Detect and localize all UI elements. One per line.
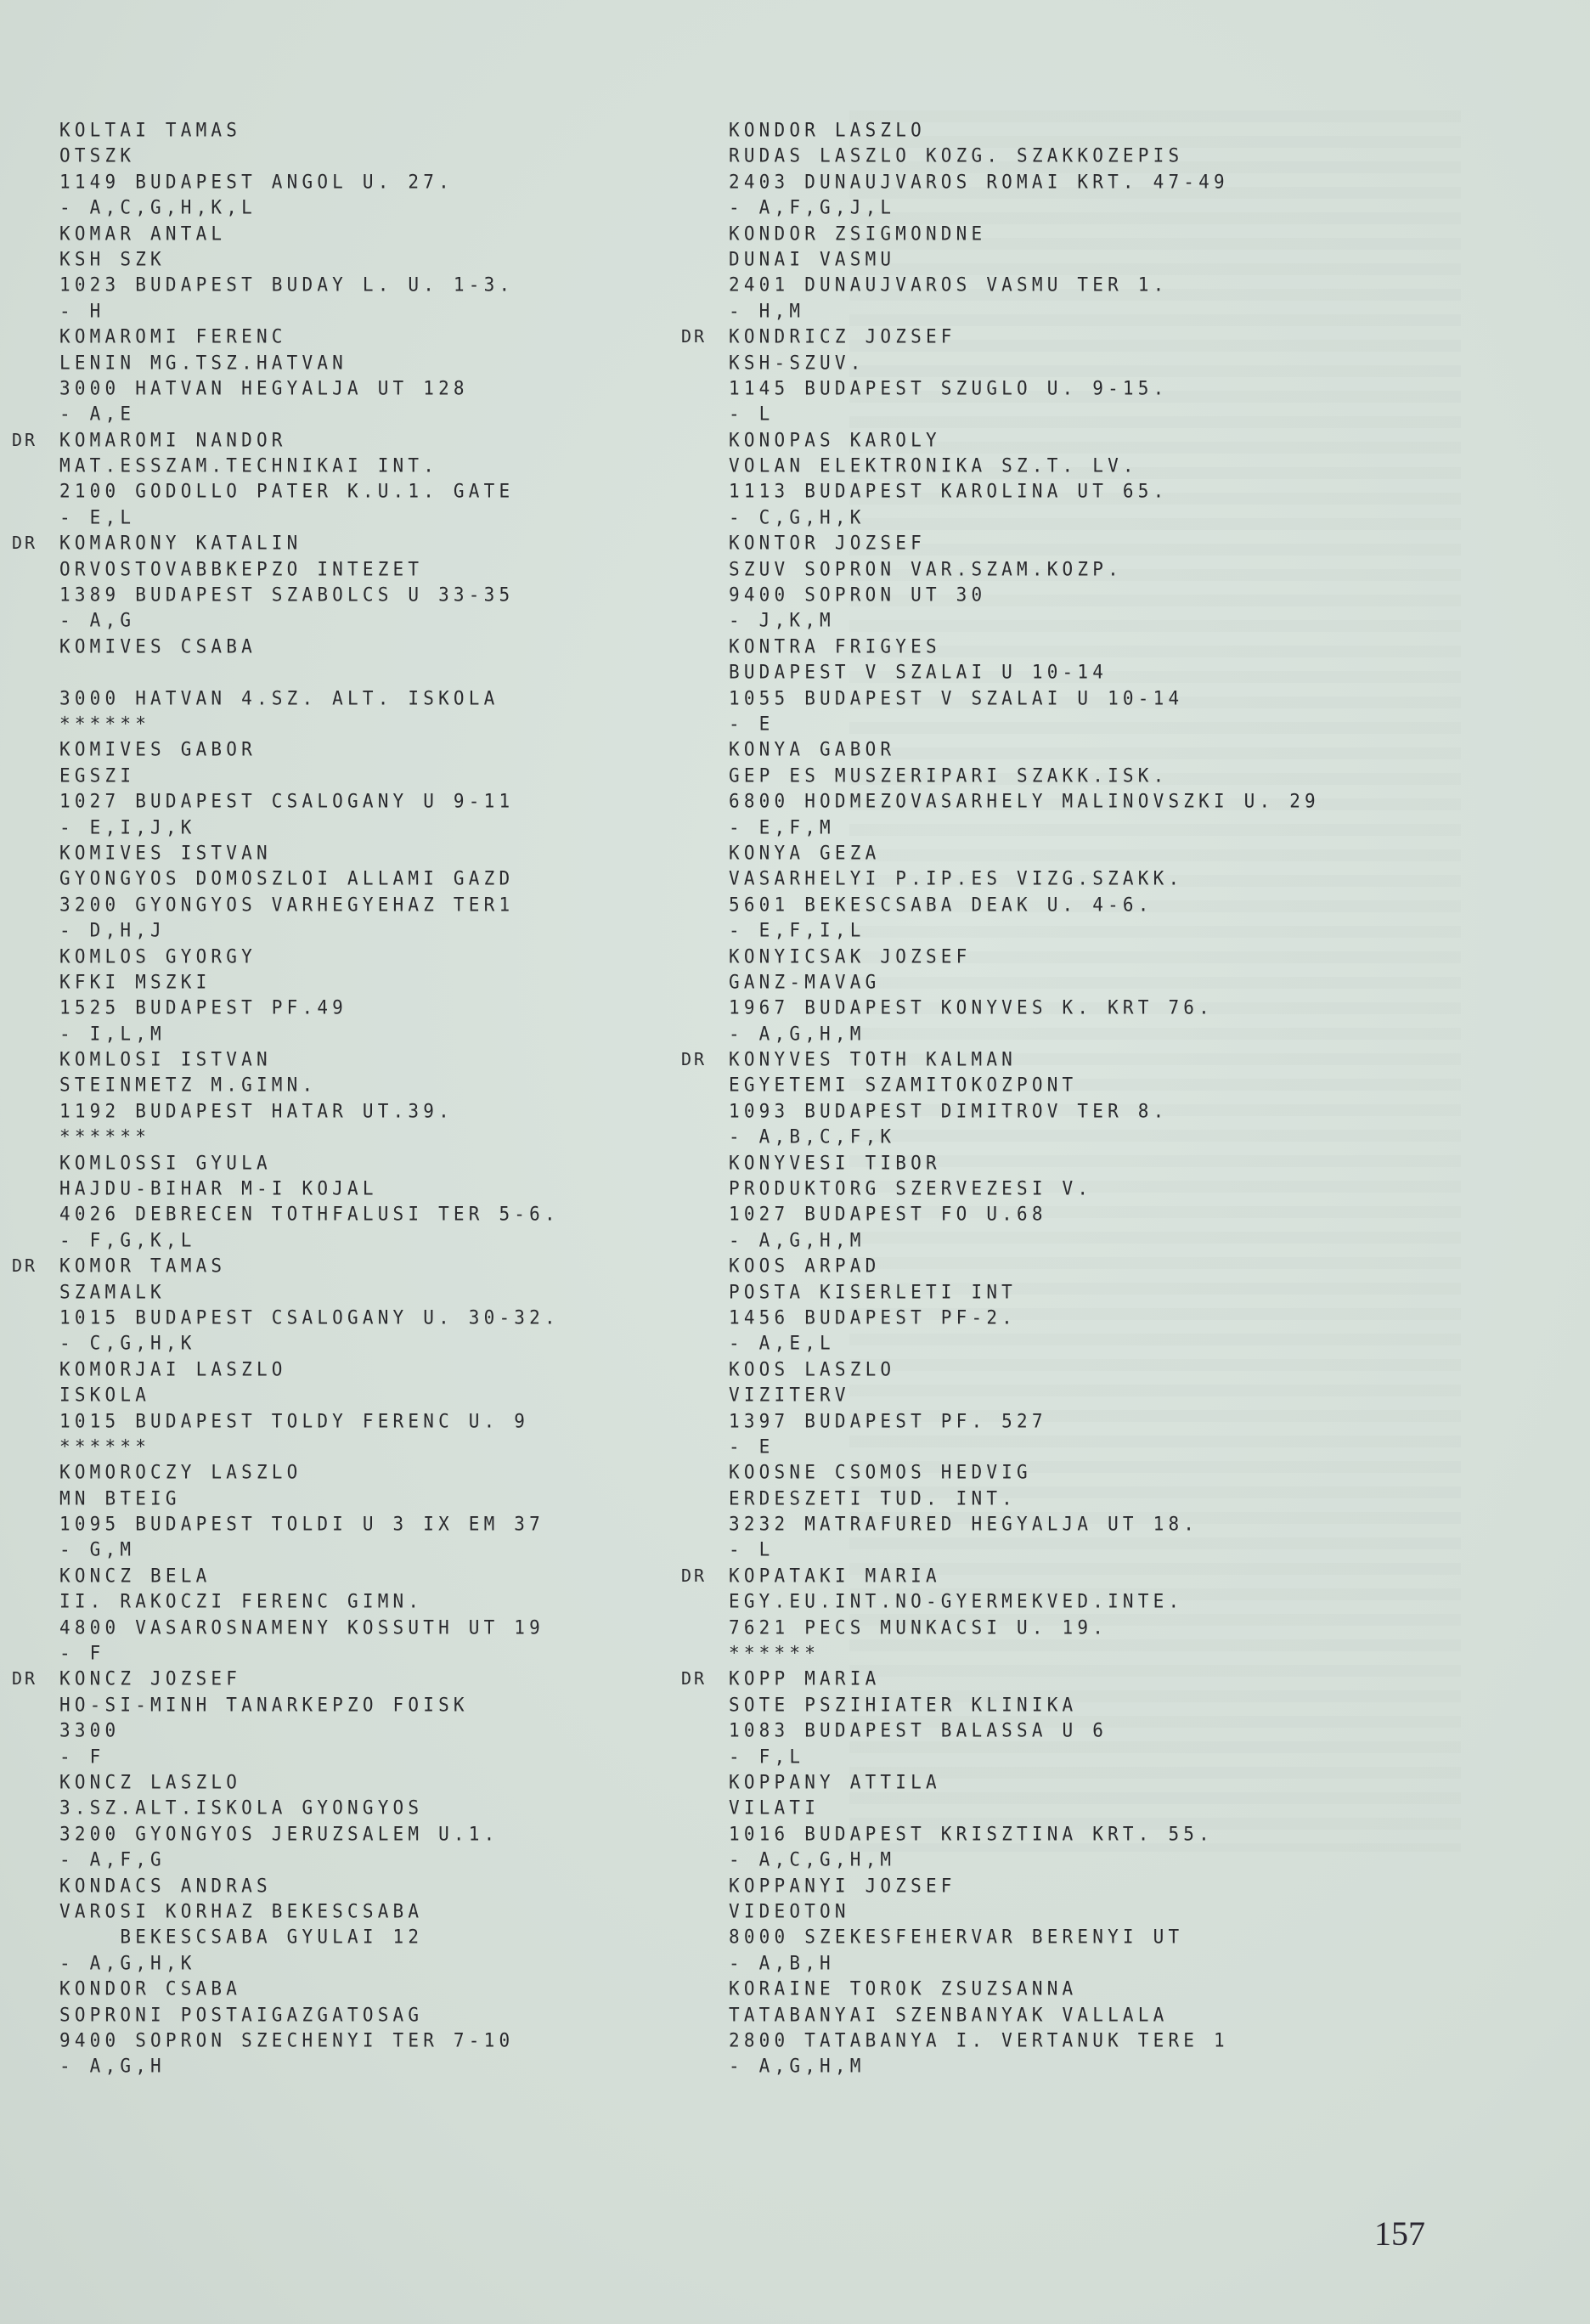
entry-organization: PRODUKTORG SZERVEZESI V. bbox=[729, 1175, 1493, 1202]
directory-entry: KONDOR LASZLORUDAS LASZLO KOZG. SZAKKOZE… bbox=[729, 117, 1493, 221]
page-number: 157 bbox=[1374, 2214, 1425, 2253]
entry-address: 1027 BUDAPEST CSALOGANY U 9-11 bbox=[59, 787, 722, 815]
entry-organization: ISKOLA bbox=[59, 1381, 722, 1408]
entry-address: 1389 BUDAPEST SZABOLCS U 33-35 bbox=[59, 581, 722, 608]
entry-name: KONCZ JOZSEF bbox=[59, 1666, 722, 1693]
entry-address: 1015 BUDAPEST TOLDY FERENC U. 9 bbox=[59, 1407, 722, 1435]
entry-organization bbox=[59, 658, 722, 685]
entry-codes: - F bbox=[59, 1639, 722, 1667]
entry-name: KOMLOSI ISTVAN bbox=[59, 1046, 722, 1073]
entry-name: KONCZ LASZLO bbox=[59, 1768, 722, 1796]
entry-codes: - A,C,G,H,K,L bbox=[59, 194, 722, 221]
entry-name: KOMAROMI FERENC bbox=[59, 323, 722, 350]
entry-address: 1192 BUDAPEST HATAR UT.39. bbox=[59, 1097, 722, 1125]
entry-codes: - A,G bbox=[59, 607, 722, 635]
entry-codes: - A,G,H,M bbox=[729, 1227, 1493, 1254]
entry-address: 6800 HODMEZOVASARHELY MALINOVSZKI U. 29 bbox=[729, 787, 1493, 815]
entry-name: KOMIVES CSABA bbox=[59, 633, 722, 660]
directory-entry: DRKOPATAKI MARIAEGY.EU.INT.NO-GYERMEKVED… bbox=[729, 1563, 1493, 1667]
entry-organization: GEP ES MUSZERIPARI SZAKK.ISK. bbox=[729, 762, 1493, 789]
entry-codes: - D,H,J bbox=[59, 917, 722, 944]
entry-name: KOMLOSSI GYULA bbox=[59, 1149, 722, 1176]
entry-organization: KSH-SZUV. bbox=[729, 349, 1493, 376]
entry-codes: - A,G,H,K bbox=[59, 1949, 722, 1977]
entry-organization: MN BTEIG bbox=[59, 1485, 722, 1512]
directory-entry: KOMLOS GYORGYKFKI MSZKI1525 BUDAPEST PF.… bbox=[59, 944, 722, 1047]
entry-address: 2403 DUNAUJVAROS ROMAI KRT. 47-49 bbox=[729, 168, 1493, 195]
entry-address: 2100 GODOLLO PATER K.U.1. GATE bbox=[59, 478, 722, 505]
entry-codes: ****** bbox=[59, 1123, 722, 1150]
entry-codes: - A,B,C,F,K bbox=[729, 1123, 1493, 1150]
entry-codes: - A,C,G,H,M bbox=[729, 1846, 1493, 1873]
entry-codes: - A,G,H,M bbox=[729, 2053, 1493, 2080]
entry-codes: - L bbox=[729, 1537, 1493, 1564]
entry-address: 1015 BUDAPEST CSALOGANY U. 30-32. bbox=[59, 1304, 722, 1331]
entry-codes: - J,K,M bbox=[729, 607, 1493, 635]
directory-entry: KOMAR ANTALKSH SZK1023 BUDAPEST BUDAY L.… bbox=[59, 221, 722, 324]
entry-organization: KFKI MSZKI bbox=[59, 968, 722, 996]
entry-address: BEKESCSABA GYULAI 12 bbox=[59, 1924, 722, 1951]
directory-entry: KOMOROCZY LASZLOMN BTEIG1095 BUDAPEST TO… bbox=[59, 1459, 722, 1563]
entry-name: KOMOROCZY LASZLO bbox=[59, 1459, 722, 1486]
entry-organization: GYONGYOS DOMOSZLOI ALLAMI GAZD bbox=[59, 866, 722, 893]
entry-codes: - F,L bbox=[729, 1743, 1493, 1770]
entry-organization: BUDAPEST V SZALAI U 10-14 bbox=[729, 658, 1493, 685]
entry-name: KOPATAKI MARIA bbox=[729, 1562, 1493, 1589]
entry-codes: - H,M bbox=[729, 297, 1493, 324]
directory-entry: KONOPAS KAROLYVOLAN ELEKTRONIKA SZ.T. LV… bbox=[729, 427, 1493, 531]
entry-codes: - E,F,M bbox=[729, 814, 1493, 841]
directory-entry: KONTRA FRIGYESBUDAPEST V SZALAI U 10-141… bbox=[729, 634, 1493, 737]
entry-name: KONTRA FRIGYES bbox=[729, 633, 1493, 660]
entry-name: KONTOR JOZSEF bbox=[729, 529, 1493, 556]
entry-organization: EGSZI bbox=[59, 762, 722, 789]
entry-name: KONYVESI TIBOR bbox=[729, 1149, 1493, 1176]
entry-address: 4026 DEBRECEN TOTHFALUSI TER 5-6. bbox=[59, 1201, 722, 1228]
entry-organization: VAROSI KORHAZ BEKESCSABA bbox=[59, 1898, 722, 1925]
directory-entry: DRKONYVES TOTH KALMANEGYETEMI SZAMITOKOZ… bbox=[729, 1046, 1493, 1150]
entry-organization: ERDESZETI TUD. INT. bbox=[729, 1485, 1493, 1512]
entry-name: KORAINE TOROK ZSUZSANNA bbox=[729, 1975, 1493, 2002]
entry-address: 1397 BUDAPEST PF. 527 bbox=[729, 1407, 1493, 1435]
entry-name: KOOS ARPAD bbox=[729, 1252, 1493, 1279]
entry-organization: DUNAI VASMU bbox=[729, 245, 1493, 273]
entry-name: KONYA GEZA bbox=[729, 839, 1493, 866]
entry-codes: - A,F,G bbox=[59, 1846, 722, 1873]
directory-entry: DRKOMOR TAMASSZAMALK1015 BUDAPEST CSALOG… bbox=[59, 1253, 722, 1357]
entry-address: 2800 TATABANYA I. VERTANUK TERE 1 bbox=[729, 2027, 1493, 2054]
entry-organization: EGYETEMI SZAMITOKOZPONT bbox=[729, 1072, 1493, 1099]
directory-column-right: KONDOR LASZLORUDAS LASZLO KOZG. SZAKKOZE… bbox=[729, 117, 1493, 2079]
entry-address: 8000 SZEKESFEHERVAR BERENYI UT bbox=[729, 1924, 1493, 1951]
entry-organization: II. RAKOCZI FERENC GIMN. bbox=[59, 1588, 722, 1616]
entry-name: KOMARONY KATALIN bbox=[59, 529, 722, 556]
entry-name: KOLTAI TAMAS bbox=[59, 116, 722, 144]
directory-entry: KONCZ LASZLO3.SZ.ALT.ISKOLA GYONGYOS3200… bbox=[59, 1769, 722, 1873]
directory-entry: KONYVESI TIBORPRODUKTORG SZERVEZESI V.10… bbox=[729, 1150, 1493, 1254]
directory-entry: KOMLOSI ISTVANSTEINMETZ M.GIMN.1192 BUDA… bbox=[59, 1046, 722, 1150]
directory-entry: KONDACS ANDRASVAROSI KORHAZ BEKESCSABA B… bbox=[59, 1873, 722, 1977]
entry-organization: STEINMETZ M.GIMN. bbox=[59, 1072, 722, 1099]
entry-address: 1525 BUDAPEST PF.49 bbox=[59, 995, 722, 1022]
title-prefix: DR bbox=[12, 427, 37, 453]
entry-codes: ****** bbox=[59, 1433, 722, 1460]
entry-name: KOMLOS GYORGY bbox=[59, 943, 722, 970]
directory-column-left: KOLTAI TAMASOTSZK1149 BUDAPEST ANGOL U. … bbox=[59, 117, 722, 2079]
entry-name: KONDOR ZSIGMONDNE bbox=[729, 220, 1493, 247]
entry-name: KOOS LASZLO bbox=[729, 1356, 1493, 1383]
entry-name: KOPPANY ATTILA bbox=[729, 1768, 1493, 1796]
entry-organization: HAJDU-BIHAR M-I KOJAL bbox=[59, 1175, 722, 1202]
entry-organization: GANZ-MAVAG bbox=[729, 968, 1493, 996]
directory-entry: KOMLOSSI GYULAHAJDU-BIHAR M-I KOJAL4026 … bbox=[59, 1150, 722, 1254]
entry-address: 1149 BUDAPEST ANGOL U. 27. bbox=[59, 168, 722, 195]
directory-entry: DRKOMARONY KATALINORVOSTOVABBKEPZO INTEZ… bbox=[59, 530, 722, 634]
entry-address: 1456 BUDAPEST PF-2. bbox=[729, 1304, 1493, 1331]
entry-organization: VIDEOTON bbox=[729, 1898, 1493, 1925]
entry-address: 9400 SOPRON SZECHENYI TER 7-10 bbox=[59, 2027, 722, 2054]
entry-codes: - I,L,M bbox=[59, 1020, 722, 1047]
entry-address: 1113 BUDAPEST KAROLINA UT 65. bbox=[729, 478, 1493, 505]
entry-codes: - E,F,I,L bbox=[729, 917, 1493, 944]
entry-organization: HO-SI-MINH TANARKEPZO FOISK bbox=[59, 1691, 722, 1718]
entry-address: 9400 SOPRON UT 30 bbox=[729, 581, 1493, 608]
entry-codes: - C,G,H,K bbox=[59, 1330, 722, 1357]
directory-entry: KONCZ BELAII. RAKOCZI FERENC GIMN.4800 V… bbox=[59, 1563, 722, 1667]
entry-address: 5601 BEKESCSABA DEAK U. 4-6. bbox=[729, 891, 1493, 918]
entry-address: 7621 PECS MUNKACSI U. 19. bbox=[729, 1614, 1493, 1641]
entry-codes: - E,I,J,K bbox=[59, 814, 722, 841]
entry-name: KONOPAS KAROLY bbox=[729, 426, 1493, 454]
entry-name: KONCZ BELA bbox=[59, 1562, 722, 1589]
entry-name: KOMOR TAMAS bbox=[59, 1252, 722, 1279]
directory-entry: DRKOMAROMI NANDORMAT.ESSZAM.TECHNIKAI IN… bbox=[59, 427, 722, 531]
entry-organization: SZUV SOPRON VAR.SZAM.KOZP. bbox=[729, 556, 1493, 583]
entry-organization: LENIN MG.TSZ.HATVAN bbox=[59, 349, 722, 376]
entry-name: KONDOR LASZLO bbox=[729, 116, 1493, 144]
title-prefix: DR bbox=[681, 324, 707, 349]
entry-name: KOPP MARIA bbox=[729, 1666, 1493, 1693]
entry-codes: - A,B,H bbox=[729, 1949, 1493, 1977]
entry-address: 1093 BUDAPEST DIMITROV TER 8. bbox=[729, 1097, 1493, 1125]
entry-codes: - A,F,G,J,L bbox=[729, 194, 1493, 221]
entry-organization: OTSZK bbox=[59, 143, 722, 170]
entry-codes: - F,G,K,L bbox=[59, 1227, 722, 1254]
directory-entry: KONDOR CSABASOPRONI POSTAIGAZGATOSAG9400… bbox=[59, 1976, 722, 2079]
directory-entry: KONTOR JOZSEFSZUV SOPRON VAR.SZAM.KOZP.9… bbox=[729, 530, 1493, 634]
directory-entry: KOMORJAI LASZLOISKOLA1015 BUDAPEST TOLDY… bbox=[59, 1357, 722, 1460]
entry-address: 1083 BUDAPEST BALASSA U 6 bbox=[729, 1717, 1493, 1744]
entry-organization: RUDAS LASZLO KOZG. SZAKKOZEPIS bbox=[729, 143, 1493, 170]
directory-entry: KOMIVES GABOREGSZI1027 BUDAPEST CSALOGAN… bbox=[59, 736, 722, 840]
entry-name: KONYVES TOTH KALMAN bbox=[729, 1046, 1493, 1073]
entry-name: KONYA GABOR bbox=[729, 736, 1493, 764]
directory-entry: KONYA GEZAVASARHELYI P.IP.ES VIZG.SZAKK.… bbox=[729, 840, 1493, 944]
entry-organization: VOLAN ELEKTRONIKA SZ.T. LV. bbox=[729, 452, 1493, 479]
entry-address: 1023 BUDAPEST BUDAY L. U. 1-3. bbox=[59, 272, 722, 299]
title-prefix: DR bbox=[12, 1253, 37, 1278]
entry-organization: POSTA KISERLETI INT bbox=[729, 1278, 1493, 1306]
entry-organization: VASARHELYI P.IP.ES VIZG.SZAKK. bbox=[729, 866, 1493, 893]
entry-organization: SZAMALK bbox=[59, 1278, 722, 1306]
directory-entry: KOPPANY ATTILAVILATI1016 BUDAPEST KRISZT… bbox=[729, 1769, 1493, 1873]
directory-entry: DRKONCZ JOZSEFHO-SI-MINH TANARKEPZO FOIS… bbox=[59, 1666, 722, 1769]
entry-codes: - H bbox=[59, 297, 722, 324]
entry-organization: 3.SZ.ALT.ISKOLA GYONGYOS bbox=[59, 1795, 722, 1822]
entry-address: 1967 BUDAPEST KONYVES K. KRT 76. bbox=[729, 995, 1493, 1022]
entry-codes: - E,L bbox=[59, 504, 722, 531]
entry-address: 3200 GYONGYOS JERUZSALEM U.1. bbox=[59, 1820, 722, 1847]
entry-name: KOPPANYI JOZSEF bbox=[729, 1872, 1493, 1899]
entry-codes: - E bbox=[729, 1433, 1493, 1460]
directory-entry: KOMAROMI FERENCLENIN MG.TSZ.HATVAN3000 H… bbox=[59, 324, 722, 427]
entry-name: KOMAROMI NANDOR bbox=[59, 426, 722, 454]
title-prefix: DR bbox=[681, 1666, 707, 1691]
entry-name: KOMORJAI LASZLO bbox=[59, 1356, 722, 1383]
entry-name: KONDOR CSABA bbox=[59, 1975, 722, 2002]
entry-codes: - A,E bbox=[59, 401, 722, 428]
directory-entry: KONYICSAK JOZSEFGANZ-MAVAG1967 BUDAPEST … bbox=[729, 944, 1493, 1047]
entry-codes: - C,G,H,K bbox=[729, 504, 1493, 531]
entry-address: 3000 HATVAN HEGYALJA UT 128 bbox=[59, 375, 722, 402]
entry-codes: - A,G,H,M bbox=[729, 1020, 1493, 1047]
entry-address: 1095 BUDAPEST TOLDI U 3 IX EM 37 bbox=[59, 1510, 722, 1537]
directory-entry: KORAINE TOROK ZSUZSANNATATABANYAI SZENBA… bbox=[729, 1976, 1493, 2079]
entry-codes: ****** bbox=[729, 1639, 1493, 1667]
entry-organization: TATABANYAI SZENBANYAK VALLALA bbox=[729, 2001, 1493, 2028]
title-prefix: DR bbox=[681, 1563, 707, 1588]
entry-address: 1055 BUDAPEST V SZALAI U 10-14 bbox=[729, 685, 1493, 712]
entry-name: KONDACS ANDRAS bbox=[59, 1872, 722, 1899]
entry-organization: MAT.ESSZAM.TECHNIKAI INT. bbox=[59, 452, 722, 479]
directory-entry: KOMIVES CSABA3000 HATVAN 4.SZ. ALT. ISKO… bbox=[59, 634, 722, 737]
directory-entry: DRKOPP MARIASOTE PSZIHIATER KLINIKA1083 … bbox=[729, 1666, 1493, 1769]
entry-address: 3000 HATVAN 4.SZ. ALT. ISKOLA bbox=[59, 685, 722, 712]
directory-entry: DRKONDRICZ JOZSEFKSH-SZUV.1145 BUDAPEST … bbox=[729, 324, 1493, 427]
entry-organization: KSH SZK bbox=[59, 245, 722, 273]
entry-address: 1145 BUDAPEST SZUGLO U. 9-15. bbox=[729, 375, 1493, 402]
entry-organization: VILATI bbox=[729, 1795, 1493, 1822]
entry-codes: - A,G,H bbox=[59, 2053, 722, 2080]
entry-organization: SOPRONI POSTAIGAZGATOSAG bbox=[59, 2001, 722, 2028]
entry-name: KONDRICZ JOZSEF bbox=[729, 323, 1493, 350]
directory-entry: KOOS ARPADPOSTA KISERLETI INT1456 BUDAPE… bbox=[729, 1253, 1493, 1357]
directory-entry: KOLTAI TAMASOTSZK1149 BUDAPEST ANGOL U. … bbox=[59, 117, 722, 221]
directory-entry: KOOS LASZLOVIZITERV1397 BUDAPEST PF. 527… bbox=[729, 1357, 1493, 1460]
entry-address: 4800 VASAROSNAMENY KOSSUTH UT 19 bbox=[59, 1614, 722, 1641]
directory-entry: KONYA GABORGEP ES MUSZERIPARI SZAKK.ISK.… bbox=[729, 736, 1493, 840]
entry-organization: ORVOSTOVABBKEPZO INTEZET bbox=[59, 556, 722, 583]
title-prefix: DR bbox=[12, 530, 37, 556]
entry-address: 3300 bbox=[59, 1717, 722, 1744]
entry-codes: - F bbox=[59, 1743, 722, 1770]
entry-address: 1016 BUDAPEST KRISZTINA KRT. 55. bbox=[729, 1820, 1493, 1847]
entry-organization: VIZITERV bbox=[729, 1381, 1493, 1408]
entry-address: 2401 DUNAUJVAROS VASMU TER 1. bbox=[729, 272, 1493, 299]
entry-name: KOMIVES ISTVAN bbox=[59, 839, 722, 866]
title-prefix: DR bbox=[681, 1046, 707, 1072]
entry-name: KOMIVES GABOR bbox=[59, 736, 722, 764]
entry-codes: - A,E,L bbox=[729, 1330, 1493, 1357]
directory-entry: KOPPANYI JOZSEFVIDEOTON8000 SZEKESFEHERV… bbox=[729, 1873, 1493, 1977]
entry-name: KOMAR ANTAL bbox=[59, 220, 722, 247]
entry-codes: - L bbox=[729, 401, 1493, 428]
entry-codes: ****** bbox=[59, 710, 722, 737]
entry-codes: - E bbox=[729, 710, 1493, 737]
entry-address: 3232 MATRAFURED HEGYALJA UT 18. bbox=[729, 1510, 1493, 1537]
directory-entry: KOOSNE CSOMOS HEDVIGERDESZETI TUD. INT.3… bbox=[729, 1459, 1493, 1563]
title-prefix: DR bbox=[12, 1666, 37, 1691]
directory-entry: KONDOR ZSIGMONDNEDUNAI VASMU2401 DUNAUJV… bbox=[729, 221, 1493, 324]
entry-codes: - G,M bbox=[59, 1537, 722, 1564]
entry-name: KONYICSAK JOZSEF bbox=[729, 943, 1493, 970]
entry-address: 1027 BUDAPEST FO U.68 bbox=[729, 1201, 1493, 1228]
directory-entry: KOMIVES ISTVANGYONGYOS DOMOSZLOI ALLAMI … bbox=[59, 840, 722, 944]
entry-organization: SOTE PSZIHIATER KLINIKA bbox=[729, 1691, 1493, 1718]
entry-organization: EGY.EU.INT.NO-GYERMEKVED.INTE. bbox=[729, 1588, 1493, 1616]
entry-address: 3200 GYONGYOS VARHEGYEHAZ TER1 bbox=[59, 891, 722, 918]
entry-name: KOOSNE CSOMOS HEDVIG bbox=[729, 1459, 1493, 1486]
